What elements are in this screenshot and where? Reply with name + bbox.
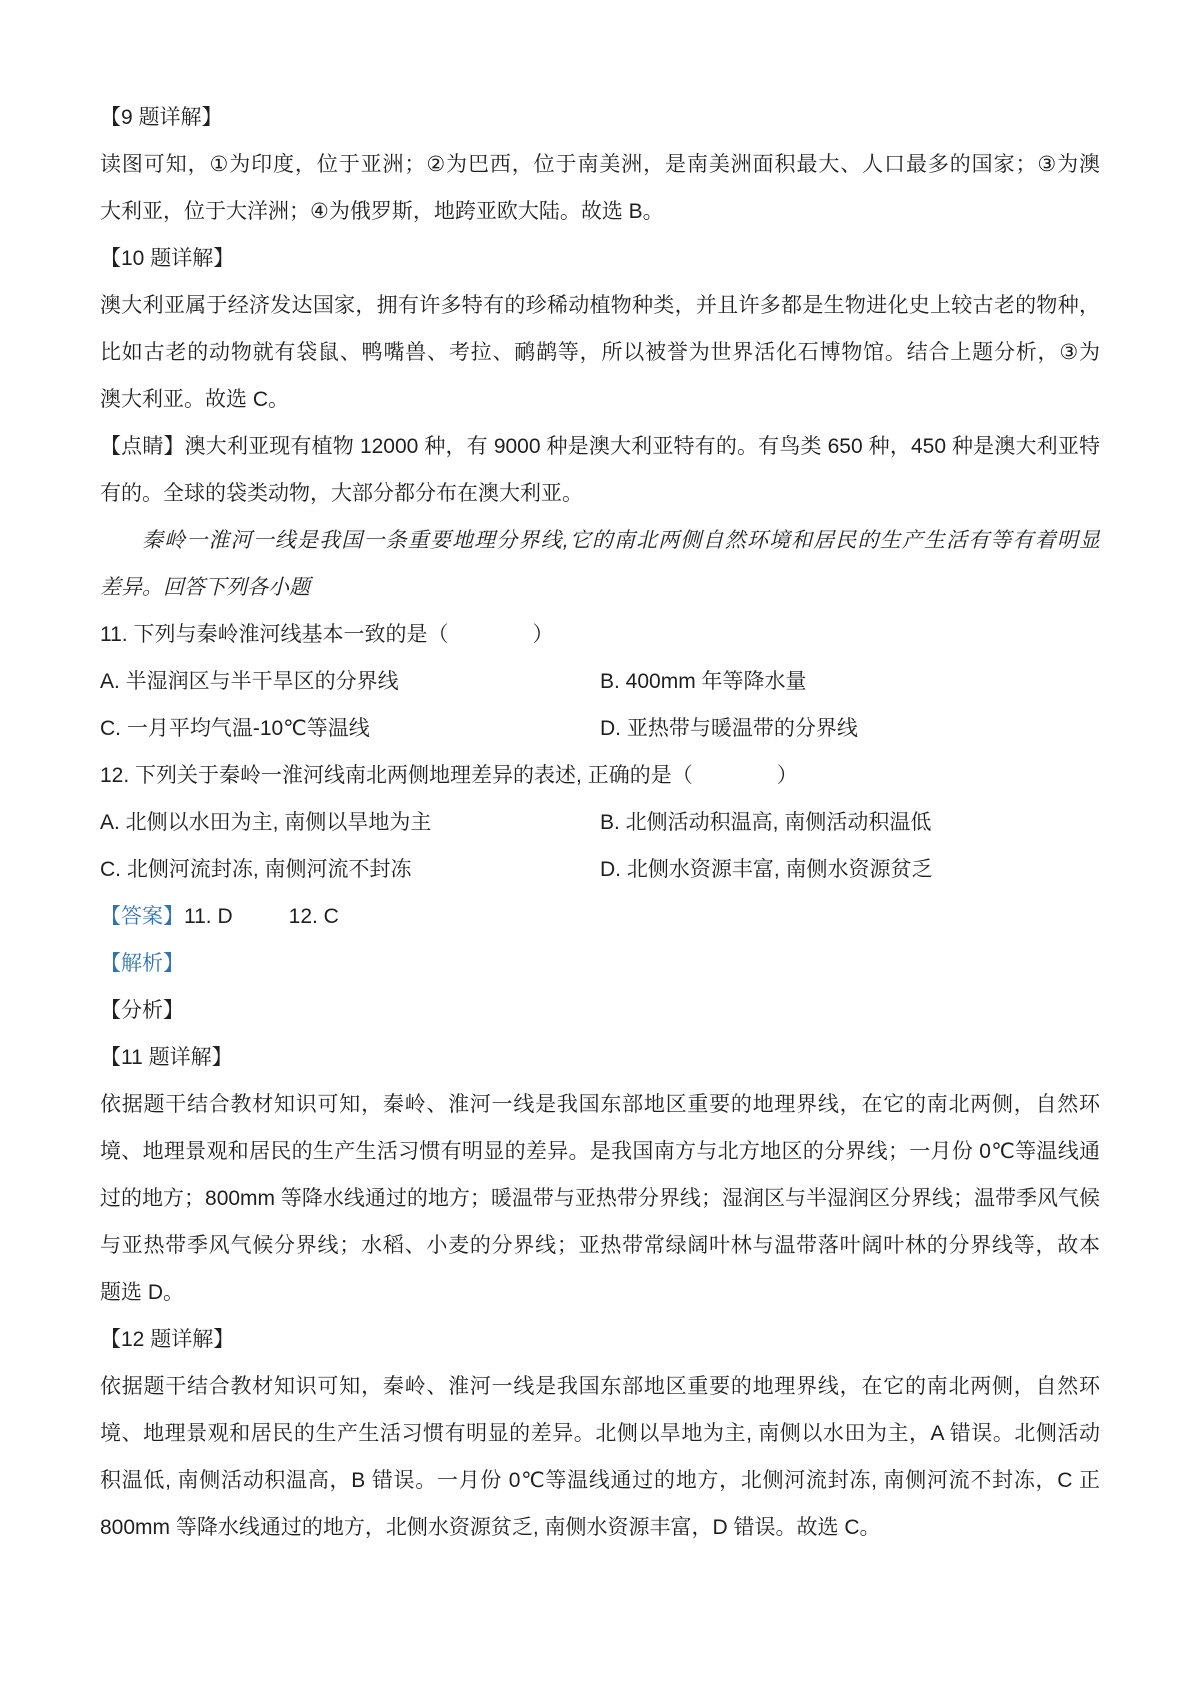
accent-bracket-label: 【答案】: [100, 905, 184, 928]
option-text: B. 400mm 年等降水量: [600, 658, 1100, 705]
text-run: 读图可知，①为印度，位于亚洲；②为巴西，位于南美洲，是南美洲面积最大、人口最多的…: [100, 153, 1100, 176]
option-text: C. 北侧河流封冻, 南侧河流不封冻: [100, 846, 600, 893]
text-line: 读图可知，①为印度，位于亚洲；②为巴西，位于南美洲，是南美洲面积最大、人口最多的…: [100, 141, 1100, 188]
text-line: 境、地理景观和居民的生产生活习惯有明显的差异。北侧以旱地为主, 南侧以水田为主，…: [100, 1410, 1100, 1457]
text-run: 题选 D。: [100, 1281, 184, 1304]
text-line: 积温低, 南侧活动积温高，B 错误。一月份 0℃等温线通过的地方，北侧河流封冻,…: [100, 1457, 1100, 1504]
option-text: D. 亚热带与暖温带的分界线: [600, 705, 1100, 752]
text-run: 12. C: [289, 905, 339, 928]
breakdown-label: 【分析】: [100, 987, 1100, 1034]
option-text: B. 北侧活动积温高, 南侧活动积温低: [600, 799, 1100, 846]
text-line: 比如古老的动物就有袋鼠、鸭嘴兽、考拉、鸸鹋等，所以被誉为世界活化石博物馆。结合上…: [100, 329, 1100, 376]
document-content: 【9 题详解】读图可知，①为印度，位于亚洲；②为巴西，位于南美洲，是南美洲面积最…: [100, 94, 1100, 1551]
text-run: 【分析】: [100, 999, 184, 1022]
text-run: 【10 题详解】: [100, 247, 234, 270]
section-heading-q11: 【11 题详解】: [100, 1034, 1100, 1081]
section-heading-q9: 【9 题详解】: [100, 94, 1100, 141]
text-run: 依据题干结合教材知识可知，秦岭、淮河一线是我国东部地区重要的地理界线，在它的南北…: [100, 1093, 1100, 1116]
analysis-label: 【解析】: [100, 940, 1100, 987]
text-run: 【点睛】澳大利亚现有植物 12000 种，有 9000 种是澳大利亚特有的。有鸟…: [100, 435, 1100, 458]
text-run: 澳大利亚属于经济发达国家，拥有许多特有的珍稀动植物种类，并且许多都是生物进化史上…: [100, 294, 1100, 317]
section-heading-q10: 【10 题详解】: [100, 235, 1100, 282]
text-run: 大利亚，位于大洋洲；④为俄罗斯，地跨亚欧大陆。故选 B。: [100, 200, 664, 223]
text-run: 12. 下列关于秦岭一淮河线南北两侧地理差异的表述, 正确的是（ ）: [100, 764, 798, 787]
text-run: 差异。回答下列各小题: [100, 576, 310, 599]
text-line: 依据题干结合教材知识可知，秦岭、淮河一线是我国东部地区重要的地理界线，在它的南北…: [100, 1081, 1100, 1128]
text-line: 境、地理景观和居民的生产生活习惯有明显的差异。是我国南方与北方地区的分界线；一月…: [100, 1128, 1100, 1175]
text-run: 境、地理景观和居民的生产生活习惯有明显的差异。北侧以旱地为主, 南侧以水田为主，…: [100, 1422, 1100, 1445]
accent-bracket-label: 【解析】: [100, 952, 184, 975]
text-run: 800mm 等降水线通过的地方，北侧水资源贫乏, 南侧水资源丰富，D 错误。故选…: [100, 1516, 881, 1539]
question-11-options-ab: A. 半湿润区与半干旱区的分界线B. 400mm 年等降水量: [100, 658, 1100, 705]
text-line: 过的地方；800mm 等降水线通过的地方；暖温带与亚热带分界线；湿润区与半湿润区…: [100, 1175, 1100, 1222]
text-line: 澳大利亚属于经济发达国家，拥有许多特有的珍稀动植物种类，并且许多都是生物进化史上…: [100, 282, 1100, 329]
text-run: 11. 下列与秦岭淮河线基本一致的是（ ）: [100, 623, 553, 646]
text-run: 依据题干结合教材知识可知，秦岭、淮河一线是我国东部地区重要的地理界线，在它的南北…: [100, 1375, 1100, 1398]
option-text: A. 北侧以水田为主, 南侧以旱地为主: [100, 799, 600, 846]
option-text: D. 北侧水资源丰富, 南侧水资源贫乏: [600, 846, 1100, 893]
text-line: 与亚热带季风气候分界线；水稻、小麦的分界线；亚热带常绿阔叶林与温带落叶阔叶林的分…: [100, 1222, 1100, 1269]
text-run: 有的。全球的袋类动物，大部分都分布在澳大利亚。: [100, 482, 583, 505]
tip-paragraph: 【点睛】澳大利亚现有植物 12000 种，有 9000 种是澳大利亚特有的。有鸟…: [100, 423, 1100, 470]
text-run: 过的地方；800mm 等降水线通过的地方；暖温带与亚热带分界线；湿润区与半湿润区…: [100, 1187, 1100, 1210]
document-page: 【9 题详解】读图可知，①为印度，位于亚洲；②为巴西，位于南美洲，是南美洲面积最…: [0, 0, 1200, 1698]
text-run: 积温低, 南侧活动积温高，B 错误。一月份 0℃等温线通过的地方，北侧河流封冻,…: [100, 1469, 1100, 1504]
text-line: 依据题干结合教材知识可知，秦岭、淮河一线是我国东部地区重要的地理界线，在它的南北…: [100, 1363, 1100, 1410]
question-12-options-ab: A. 北侧以水田为主, 南侧以旱地为主B. 北侧活动积温高, 南侧活动积温低: [100, 799, 1100, 846]
answer-line: 【答案】11. D12. C: [100, 893, 1100, 940]
text-run: 【9 题详解】: [100, 106, 223, 129]
text-line: 澳大利亚。故选 C。: [100, 376, 1100, 423]
text-run: 境、地理景观和居民的生产生活习惯有明显的差异。是我国南方与北方地区的分界线；一月…: [100, 1140, 1100, 1163]
question-12-options-cd: C. 北侧河流封冻, 南侧河流不封冻D. 北侧水资源丰富, 南侧水资源贫乏: [100, 846, 1100, 893]
text-run: 11. D: [184, 905, 233, 928]
text-run: 澳大利亚。故选 C。: [100, 388, 289, 411]
reading-passage: 差异。回答下列各小题: [100, 564, 1100, 611]
question-11-stem: 11. 下列与秦岭淮河线基本一致的是（ ）: [100, 611, 1100, 658]
text-line: 有的。全球的袋类动物，大部分都分布在澳大利亚。: [100, 470, 1100, 517]
text-line: 800mm 等降水线通过的地方，北侧水资源贫乏, 南侧水资源丰富，D 错误。故选…: [100, 1504, 1100, 1551]
text-run: 【11 题详解】: [100, 1046, 233, 1069]
text-run: 与亚热带季风气候分界线；水稻、小麦的分界线；亚热带常绿阔叶林与温带落叶阔叶林的分…: [100, 1234, 1100, 1257]
text-line: 题选 D。: [100, 1269, 1100, 1316]
reading-passage: 秦岭一淮河一线是我国一条重要地理分界线,它的南北两侧自然环境和居民的生产生活有等…: [100, 517, 1100, 564]
text-run: 【12 题详解】: [100, 1328, 234, 1351]
text-run: 秦岭一淮河一线是我国一条重要地理分界线,它的南北两侧自然环境和居民的生产生活有等…: [142, 529, 1100, 552]
question-12-stem: 12. 下列关于秦岭一淮河线南北两侧地理差异的表述, 正确的是（ ）: [100, 752, 1100, 799]
text-line: 大利亚，位于大洋洲；④为俄罗斯，地跨亚欧大陆。故选 B。: [100, 188, 1100, 235]
option-text: C. 一月平均气温-10℃等温线: [100, 705, 600, 752]
option-text: A. 半湿润区与半干旱区的分界线: [100, 658, 600, 705]
text-run: 比如古老的动物就有袋鼠、鸭嘴兽、考拉、鸸鹋等，所以被誉为世界活化石博物馆。结合上…: [100, 341, 1100, 364]
section-heading-q12: 【12 题详解】: [100, 1316, 1100, 1363]
question-11-options-cd: C. 一月平均气温-10℃等温线D. 亚热带与暖温带的分界线: [100, 705, 1100, 752]
